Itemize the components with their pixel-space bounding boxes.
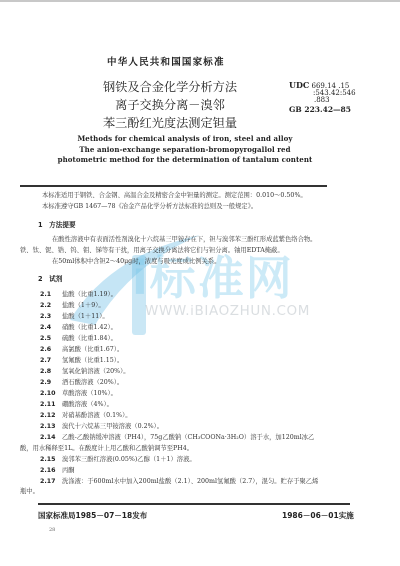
reagent-item: 2.5硫酸（比重1.84）。 xyxy=(40,333,117,342)
title-cn-line-2: 离子交换分离－溴邻 xyxy=(90,96,250,113)
title-cn-line-3: 苯三酚红光度法测定钽量 xyxy=(90,114,250,131)
reagent-item: 2.6高氯酸（比重1.67）。 xyxy=(40,344,123,353)
reagent-item: 2.8氢氧化钠溶液（20%）。 xyxy=(40,366,130,375)
reagent-item: 2.13溴代十六烷基三甲铵溶液（0.2%）。 xyxy=(40,421,163,430)
reagent-item: 2.1盐酸（比重1.19）。 xyxy=(40,289,117,298)
udc-label: UDC xyxy=(289,80,309,90)
reagent-item: 2.15溴邻苯三酚红溶液(0.05%)乙醇（1＋1）溶液。 xyxy=(40,454,196,463)
intro-compliance: 本标准遵守GB 1467—78《冶金产品化学分析方法标准的总则及一般规定》。 xyxy=(42,201,257,212)
reagent-item: 2.11硼酸溶液（4%）。 xyxy=(40,399,113,408)
reagent-item: 2.12对硝基酚溶液（0.1%）。 xyxy=(40,410,132,419)
header-rule xyxy=(20,185,327,187)
intro-scope: 本标准适用于钢铁、合金钢、高温合金及精密合金中钽量的测定。测定范围：0.010～… xyxy=(42,190,307,201)
reagent-item: 2.9酒石酸溶液（20%）。 xyxy=(40,377,123,386)
udc-line-3: .883 xyxy=(289,97,356,104)
reagent-item: 2.7氢氟酸（比重1.15）。 xyxy=(40,355,123,364)
section-1-heading: 1 方法提要 xyxy=(38,219,76,229)
section-1-para-2: 铁、钛、铌、锆、钨、钼、锑等有干扰，用离子交换分离法将它们与钽分离。铀用EDTA… xyxy=(20,245,284,256)
section-2-heading: 2 试剂 xyxy=(38,273,62,283)
footer-rule xyxy=(38,503,350,505)
reagent-item: 2.16丙酮 xyxy=(40,465,75,474)
reagent-item: 2.2盐酸（1＋9）。 xyxy=(40,300,105,309)
reagent-item: 2.14乙酸-乙酸钠缓冲溶液（PH4），75g乙酸钠（CH₃COONa·3H₂O… xyxy=(40,432,314,441)
section-1-para-3: 在50ml体积中含钽2～40μg时，浓度与吸光度成比例关系。 xyxy=(52,256,220,267)
reagent-item-continuation: 瓶中。 xyxy=(20,486,39,497)
page-number: 28 xyxy=(49,527,55,533)
gb-code: GB 223.42—85 xyxy=(289,106,356,113)
udc-block: UDC 669.14 .15 :543.42:546 .883 GB 223.4… xyxy=(289,82,356,113)
reagent-item: 2.3盐酸（1＋11）。 xyxy=(40,311,109,320)
reagent-item: 2.17洗涤液：于600ml水中加入200ml盐酸（2.1）、200ml氢氟酸（… xyxy=(40,476,318,485)
reagent-item: 2.4硝酸（比重1.42）。 xyxy=(40,322,117,331)
watermark-url: WWW.iBIAOZHUN.COM xyxy=(145,303,310,319)
issue-date: 国家标准局1985－07－18发布 xyxy=(38,510,147,521)
scan-top-edge xyxy=(0,0,400,2)
title-en-line-3: photometric method for the determination… xyxy=(20,155,350,166)
title-en: Methods for chemical analysis of iron, s… xyxy=(20,134,350,166)
effective-date: 1986－06－01实施 xyxy=(282,510,354,521)
reagent-item: 2.10草酸溶液（10%）。 xyxy=(40,388,117,397)
section-1-para-1: 在酸性溶液中有表面活性剂溴化十六烷基三甲铵存在下，钽与溴邻苯三酚红形成蓝紫色络合… xyxy=(52,234,316,245)
reagent-item-continuation: 酸，用水稀释至1L。在酸度计上用乙酸和乙酸钠调节至PH4。 xyxy=(20,443,193,454)
national-standard-label: 中华人民共和国国家标准 xyxy=(107,54,225,68)
title-en-line-1: Methods for chemical analysis of iron, s… xyxy=(20,134,350,145)
title-cn-line-1: 钢铁及合金化学分析方法 xyxy=(90,78,250,95)
title-en-line-2: The anion-exchange separation-bromopyrog… xyxy=(20,145,350,156)
